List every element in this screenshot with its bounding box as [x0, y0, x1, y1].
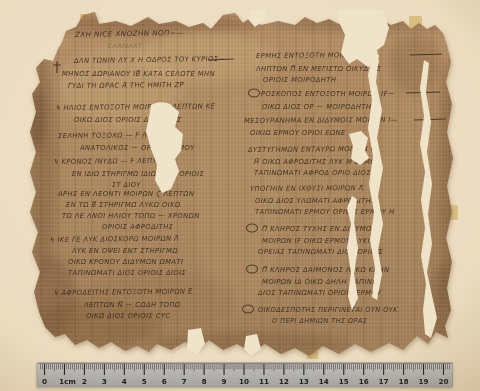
papyrus-photo-svg: Photograph of a fragmentary papyrus shee…: [0, 0, 480, 391]
papyrus-photograph: Photograph of a fragmentary papyrus shee…: [0, 0, 480, 391]
vignette-overlay: [0, 0, 480, 391]
